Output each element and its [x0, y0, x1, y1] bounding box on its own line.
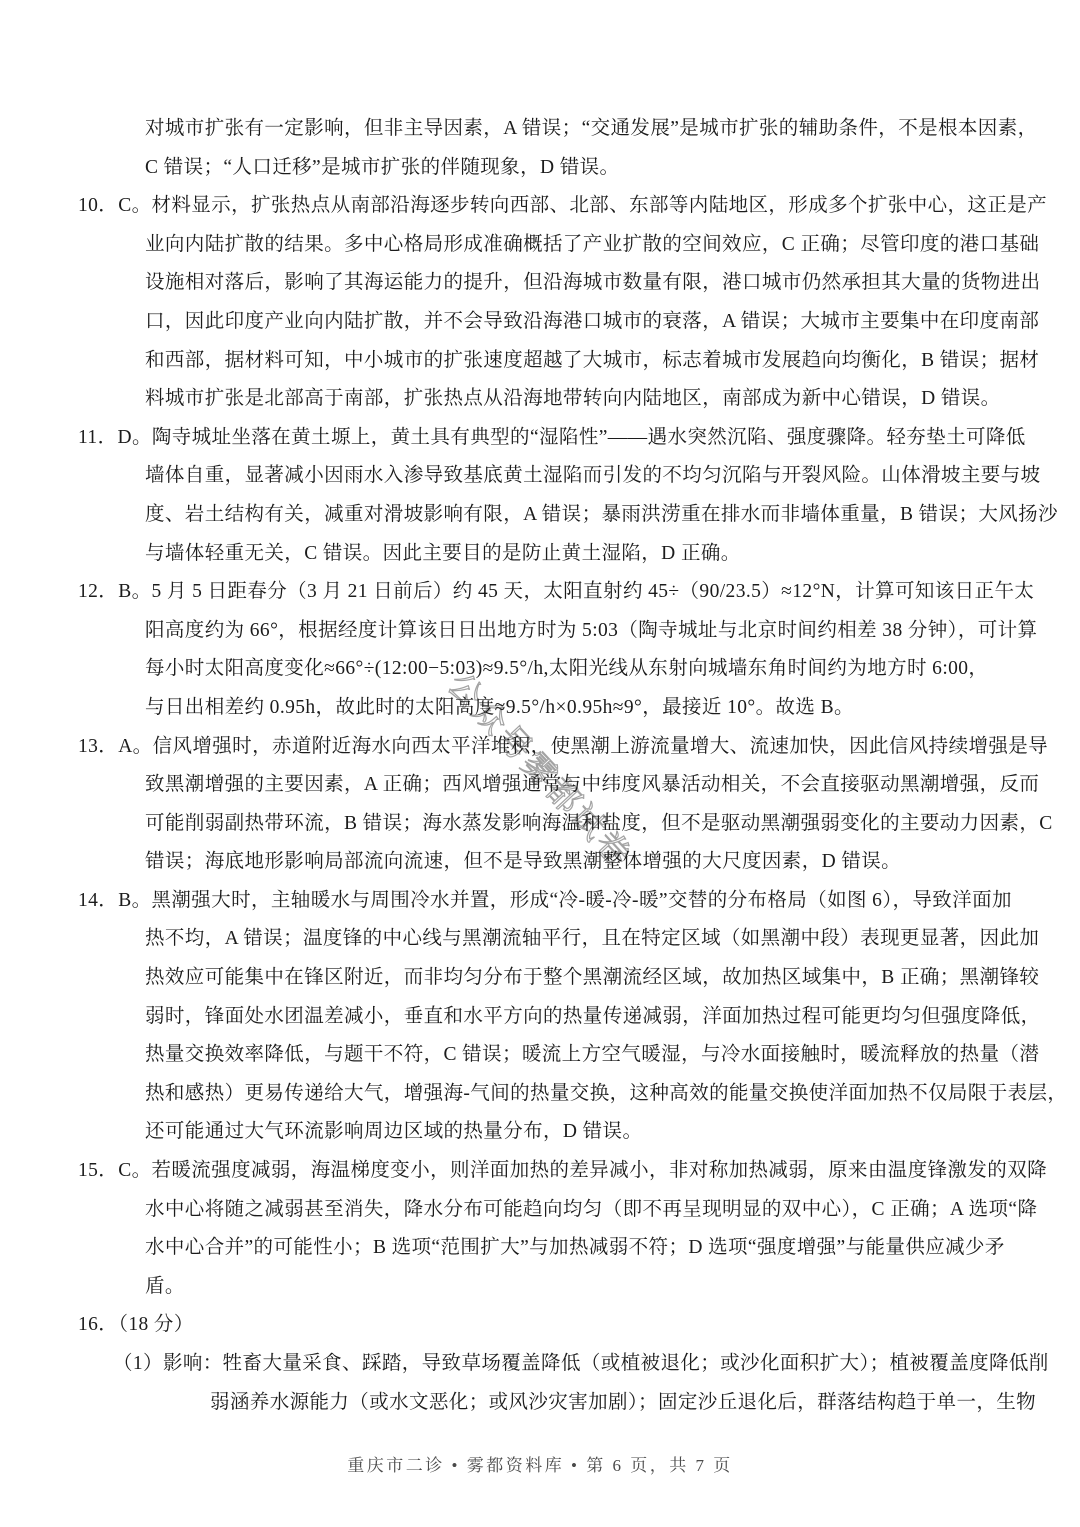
- text-line: 热和感热）更易传递给大气，增强海-气间的热量交换，这种高效的能量交换使洋面加热不…: [0, 1075, 1080, 1114]
- text-line: 12．B。5 月 5 日距春分（3 月 21 日前后）约 45 天，太阳直射约 …: [0, 573, 1080, 612]
- text-line: 与墙体轻重无关，C 错误。因此主要目的是防止黄土湿陷，D 正确。: [0, 535, 1080, 574]
- text-line: 每小时太阳高度变化≈66°÷(12:00−5:03)≈9.5°/h,太阳光线从东…: [0, 650, 1080, 689]
- text-line: 对城市扩张有一定影响，但非主导因素，A 错误；“交通发展”是城市扩张的辅助条件，…: [0, 110, 1080, 149]
- text-line: 设施相对落后，影响了其海运能力的提升，但沿海城市数量有限，港口城市仍然承担其大量…: [0, 264, 1080, 303]
- text-line: 墙体自重，显著减小因雨水入渗导致基底黄土湿陷而引发的不均匀沉陷与开裂风险。山体滑…: [0, 457, 1080, 496]
- text-line: 10．C。材料显示，扩张热点从南部沿海逐步转向西部、北部、东部等内陆地区，形成多…: [0, 187, 1080, 226]
- text-line: 和西部，据材料可知，中小城市的扩张速度超越了大城市，标志着城市发展趋向均衡化，B…: [0, 342, 1080, 381]
- text-line: 可能削弱副热带环流，B 错误；海水蒸发影响海温和盐度，但不是驱动黑潮强弱变化的主…: [0, 805, 1080, 844]
- text-line: 13．A。信风增强时，赤道附近海水向西太平洋堆积，使黑潮上游流量增大、流速加快，…: [0, 728, 1080, 767]
- text-line: C 错误；“人口迁移”是城市扩张的伴随现象，D 错误。: [0, 149, 1080, 188]
- text-line: 11．D。陶寺城址坐落在黄土塬上，黄土具有典型的“湿陷性”——遇水突然沉陷、强度…: [0, 419, 1080, 458]
- text-line: 盾。: [0, 1268, 1080, 1307]
- text-line: 阳高度约为 66°，根据经度计算该日日出地方时为 5:03（陶寺城址与北京时间约…: [0, 612, 1080, 651]
- page-footer: 重庆市二诊 • 雾都资料库 • 第 6 页，共 7 页: [0, 1451, 1080, 1476]
- text-line: 还可能通过大气环流影响周边区域的热量分布，D 错误。: [0, 1113, 1080, 1152]
- text-line: 业向内陆扩散的结果。多中心格局形成准确概括了产业扩散的空间效应，C 正确；尽管印…: [0, 226, 1080, 265]
- text-line: 水中心合并”的可能性小；B 选项“范围扩大”与加热减弱不符；D 选项“强度增强”…: [0, 1229, 1080, 1268]
- text-line: （1）影响：牲畜大量采食、踩踏，导致草场覆盖降低（或植被退化；或沙化面积扩大）；…: [0, 1345, 1080, 1384]
- text-line: 与日出相差约 0.95h，故此时的太阳高度≈9.5°/h×0.95h≈9°，最接…: [0, 689, 1080, 728]
- text-line: 弱时，锋面处水团温差减小，垂直和水平方向的热量传递减弱，洋面加热过程可能更均匀但…: [0, 998, 1080, 1037]
- text-line: 度、岩土结构有关，减重对滑坡影响有限，A 错误；暴雨洪涝重在排水而非墙体重量，B…: [0, 496, 1080, 535]
- document-page: 公众号雾都试卷 对城市扩张有一定影响，但非主导因素，A 错误；“交通发展”是城市…: [0, 0, 1080, 1527]
- text-line: 15．C。若暖流强度减弱，海温梯度变小，则洋面加热的差异减小，非对称加热减弱，原…: [0, 1152, 1080, 1191]
- text-line: 致黑潮增强的主要因素，A 正确；西风增强通常与中纬度风暴活动相关，不会直接驱动黑…: [0, 766, 1080, 805]
- text-line: 料城市扩张是北部高于南部，扩张热点从沿海地带转向内陆地区，南部成为新中心错误，D…: [0, 380, 1080, 419]
- text-line: 弱涵养水源能力（或水文恶化；或风沙灾害加剧）；固定沙丘退化后，群落结构趋于单一，…: [0, 1384, 1080, 1423]
- text-line: 热不均，A 错误；温度锋的中心线与黑潮流轴平行，且在特定区域（如黑潮中段）表现更…: [0, 920, 1080, 959]
- text-line: 水中心将随之减弱甚至消失，降水分布可能趋向均匀（即不再呈现明显的双中心），C 正…: [0, 1191, 1080, 1230]
- text-line: 热效应可能集中在锋区附近，而非均匀分布于整个黑潮流经区域，故加热区域集中，B 正…: [0, 959, 1080, 998]
- text-line: 热量交换效率降低，与题干不符，C 错误；暖流上方空气暖湿，与冷水面接触时，暖流释…: [0, 1036, 1080, 1075]
- text-line: 口，因此印度产业向内陆扩散，并不会导致沿海港口城市的衰落，A 错误；大城市主要集…: [0, 303, 1080, 342]
- answer-key-text: 对城市扩张有一定影响，但非主导因素，A 错误；“交通发展”是城市扩张的辅助条件，…: [0, 110, 1080, 1422]
- text-line: 错误；海底地形影响局部流向流速，但不是导致黑潮整体增强的大尺度因素，D 错误。: [0, 843, 1080, 882]
- text-line: 14．B。黑潮强大时，主轴暖水与周围冷水并置，形成“冷-暖-冷-暖”交替的分布格…: [0, 882, 1080, 921]
- text-line: 16．（18 分）: [0, 1306, 1080, 1345]
